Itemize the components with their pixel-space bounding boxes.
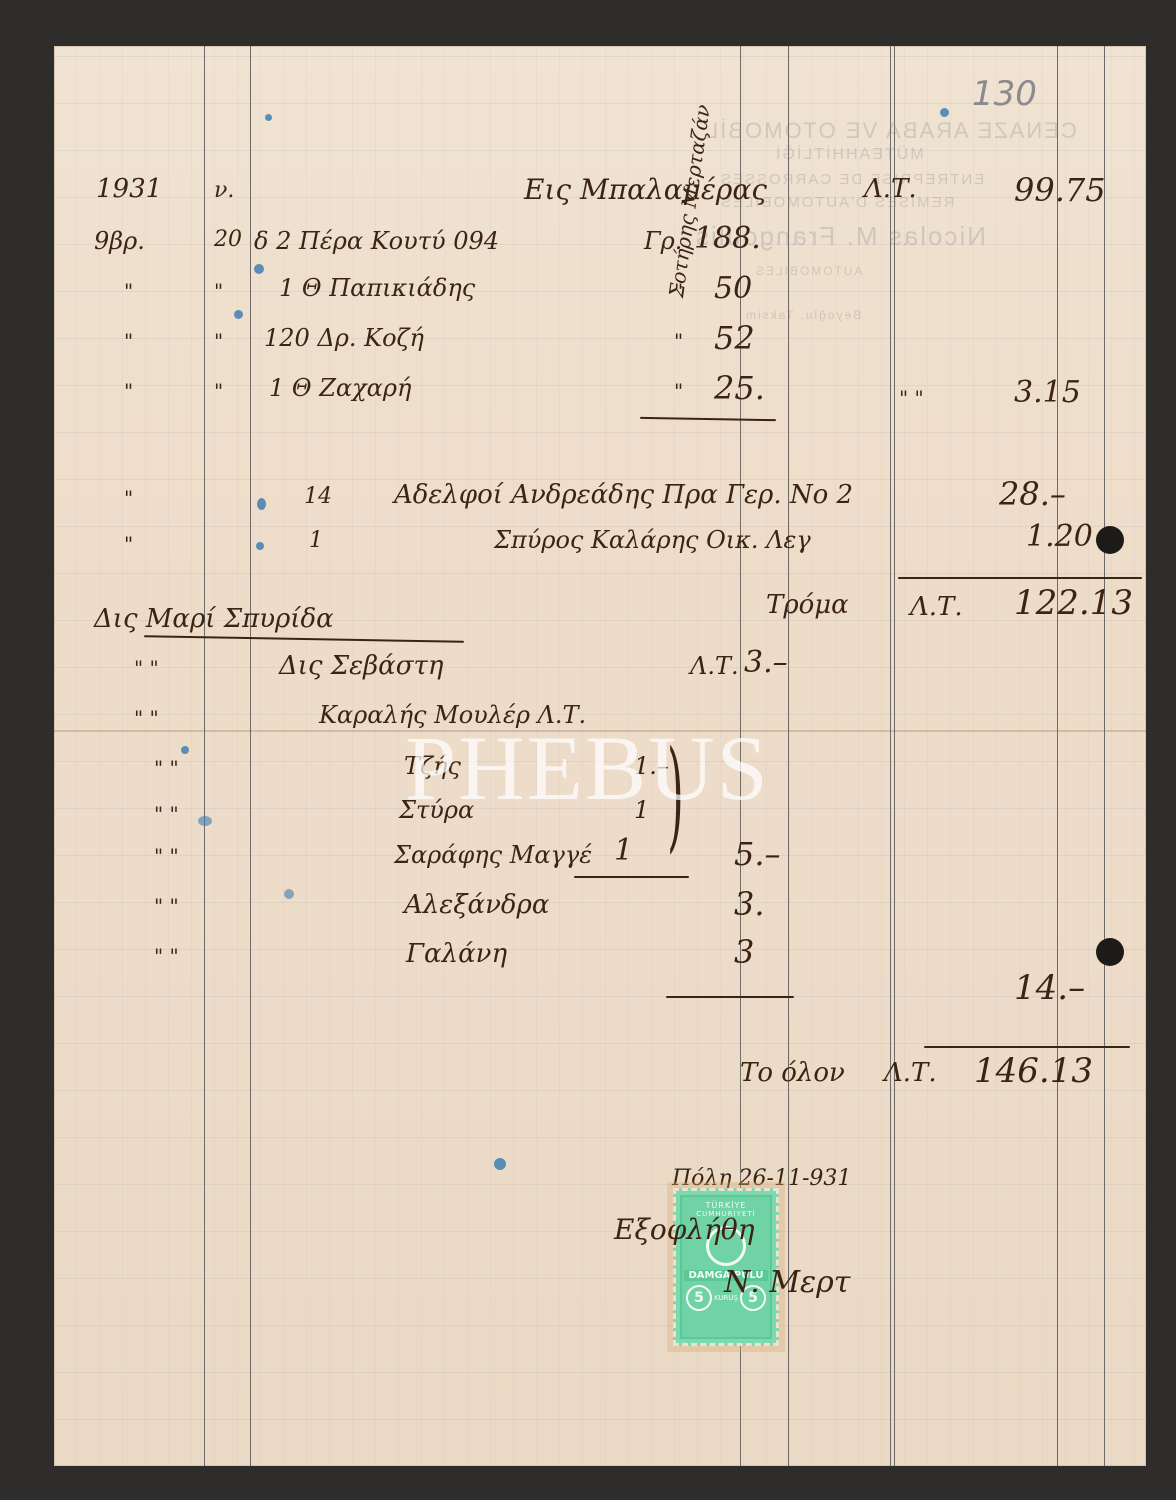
ditto-marks: " " [154,946,179,966]
entry-date: " [124,534,133,554]
header-amount: 99.75 [1014,174,1106,206]
underline-rule [640,417,776,421]
column-line [894,46,895,1466]
ink-spot [234,310,243,319]
subtotal-rule [666,996,794,998]
year: 1931 [96,176,162,202]
column-line [204,46,205,1466]
section-subtotal: 14.– [1014,971,1085,1005]
ink-spot [198,816,212,826]
entry-date: " [124,381,133,401]
ditto-marks: " " [899,388,924,408]
entry-description: 1 Θ Ζαχαρή [269,376,411,400]
entry-unit: Γρ. [644,229,682,253]
entry-unit: " [674,281,683,301]
ink-spot [940,108,949,117]
entry-amount: 1.20 [1026,522,1093,552]
page-number: 130 [972,74,1037,114]
ditto-marks: " " [154,896,179,916]
row-amount: 5.– [734,838,781,870]
section-title: Δις Μαρί Σπυρίδα [94,606,334,632]
row-underline [574,876,689,878]
total-label: Τρόμα [766,592,849,618]
entry-description: 1 Θ Παπικιάδης [279,276,475,300]
column-line [788,46,789,1466]
ink-spot [265,114,272,121]
received-note: Εξοφλήθη [614,1216,754,1244]
ditto-marks: " " [154,846,179,866]
punch-hole [1096,938,1124,966]
entry-date: 9βρ. [94,229,145,253]
entry-description: δ 2 Πέρα Κουτύ 094 [254,229,499,253]
letterhead-line: CENAZE ARABA VE OTOMOBİL [704,118,1077,144]
section-underline [144,635,464,642]
total-rule [898,577,1142,579]
entry-unit: " [674,381,683,401]
month-label: ν. [214,180,234,202]
entry-unit: " [674,331,683,351]
total-currency: Λ.Τ. [910,594,963,620]
ditto-marks: " " [154,804,179,824]
row-amount: 3 [734,936,754,968]
column-line [890,46,891,1466]
grand-total-currency: Λ.Τ. [884,1060,937,1086]
entry-description: Σπύρος Καλάρης Οικ. Λεγ [494,528,811,552]
row-currency: Λ.Τ. [690,654,739,678]
row-description: Σαράφης Μαγγέ [394,843,592,867]
ink-spot [494,1158,506,1170]
footer-date: Πόλη 26-11-931 [672,1168,851,1190]
signature: Ν. Μερτ [724,1268,850,1298]
stamp-country: TÜRKİYE [682,1201,770,1210]
row-description: Αλεξάνδρα [404,892,549,918]
entry-day: 1 [309,530,323,552]
letterhead-line: AUTOMOBILES [754,264,862,278]
ink-spot [254,264,264,274]
entry-date: " [124,331,133,351]
entry-price: 188. [694,224,761,254]
stamp-value-left: 5 [686,1285,712,1311]
entry-date: " [124,488,133,508]
column-line [1104,46,1105,1466]
addressee: Εις Μπαλαμέρας [524,176,767,204]
row-amount: 3.– [744,648,788,678]
entry-price: 50 [714,274,752,304]
row-description: Δις Σεβάστη [279,653,443,679]
total-amount: 122.13 [1014,586,1133,620]
entry-price: 52 [714,322,755,354]
grand-total-amount: 146.13 [974,1054,1093,1088]
ink-spot [181,746,189,754]
entry-day: " [214,331,223,351]
entry-date: " [124,281,133,301]
column-line [250,46,251,1466]
subtotal-amount: 3.15 [1014,378,1081,408]
letterhead-line: MÜTEAHHİTLİĞİ [774,146,924,164]
grand-total-label: Το όλον [740,1060,845,1086]
row-qty: 1 [614,836,633,866]
entry-day: " [214,281,223,301]
ink-spot [284,889,294,899]
entry-day: 20 [214,229,242,251]
punch-hole [1096,526,1124,554]
ditto-marks: " " [134,658,159,678]
entry-description: 120 Δρ. Κοζή [264,326,424,350]
entry-day: 14 [304,486,332,508]
watermark: PHEBUS [405,715,770,821]
entry-description: Αδελφοί Ανδρεάδης Πρα Γερ. Νο 2 [394,482,853,508]
column-line [1057,46,1058,1466]
row-description: Γαλάνη [406,941,507,967]
entry-day: " [214,381,223,401]
ink-spot [256,542,264,550]
entry-amount: 28.– [999,478,1066,510]
entry-price: 25. [714,372,765,404]
row-amount: 3. [734,888,765,920]
grand-total-rule [924,1046,1130,1048]
ditto-marks: " " [154,758,179,778]
currency-label: Λ.Τ. [864,176,917,202]
ditto-marks: " " [134,708,159,728]
letterhead-line: Beyoğlu, Taksim [744,308,861,322]
ink-spot [257,498,266,510]
